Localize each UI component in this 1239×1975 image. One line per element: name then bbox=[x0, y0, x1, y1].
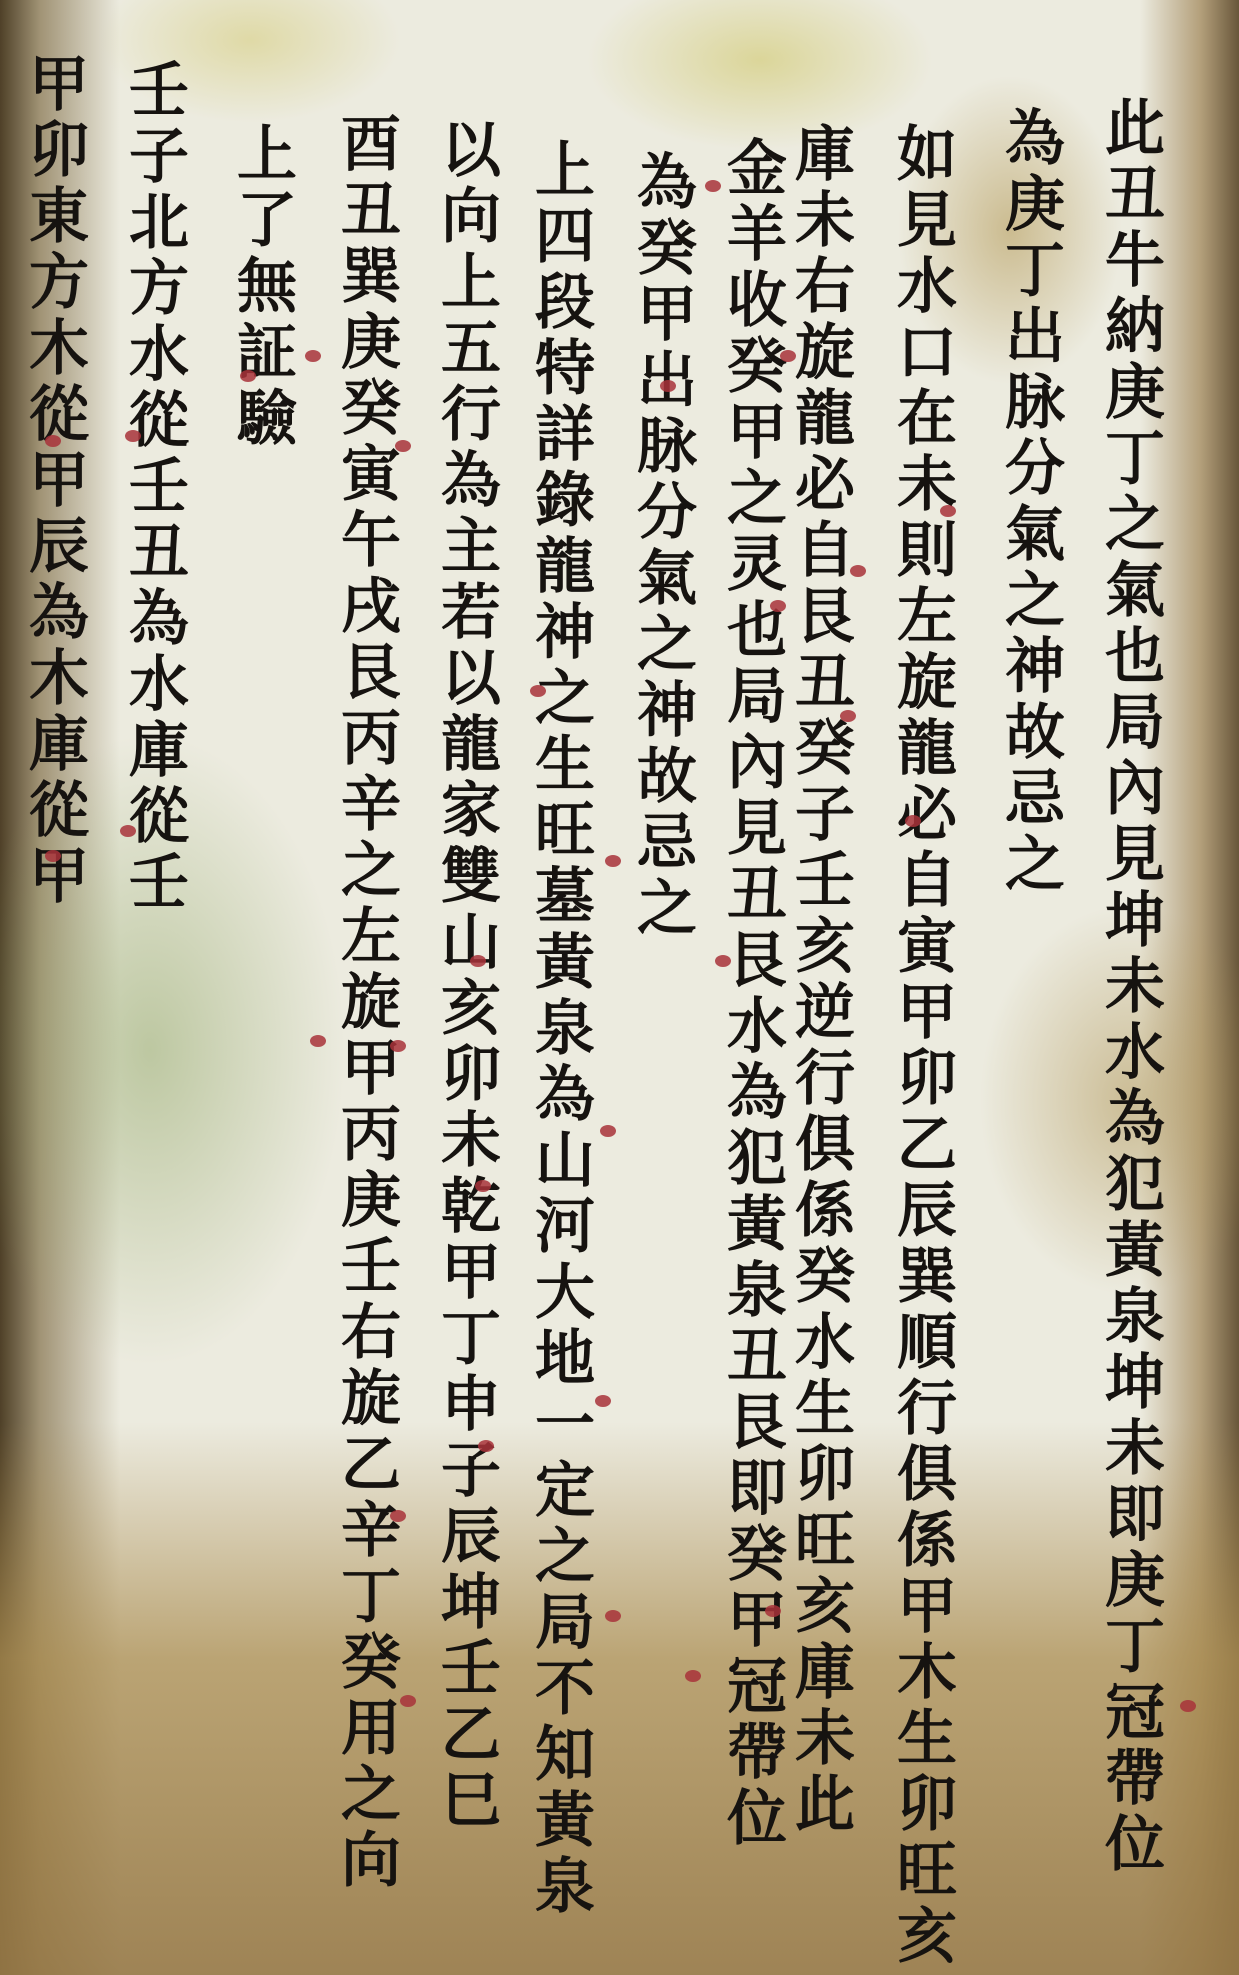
punctuation-dot bbox=[125, 430, 141, 442]
punctuation-dot bbox=[240, 370, 256, 382]
punctuation-dot bbox=[595, 1395, 611, 1407]
punctuation-dot bbox=[770, 600, 786, 612]
punctuation-dot bbox=[605, 855, 621, 867]
punctuation-dot bbox=[905, 815, 921, 827]
text-column-3: 如見水口在未則左旋龍必自寅甲卯乙辰巽順行俱係甲木生卯旺亥 bbox=[892, 122, 952, 1970]
punctuation-dot bbox=[478, 1440, 494, 1452]
text-column-1: 此丑牛納庚丁之氣也局內見坤未水為犯黃泉坤未即庚丁冠帶位 bbox=[1100, 96, 1160, 1878]
punctuation-dot bbox=[400, 1695, 416, 1707]
punctuation-dot bbox=[305, 350, 321, 362]
text-column-11: 壬子北方水從壬丑為水庫從壬 bbox=[124, 58, 184, 916]
punctuation-dot bbox=[310, 1035, 326, 1047]
punctuation-dot bbox=[1180, 1700, 1196, 1712]
punctuation-dot bbox=[475, 1180, 491, 1192]
text-column-8: 以向上五行為主若以龍家雙山亥卯未乾甲丁申子辰坤壬乙巳 bbox=[436, 118, 496, 1834]
punctuation-dot bbox=[605, 1610, 621, 1622]
punctuation-dot bbox=[395, 440, 411, 452]
punctuation-dot bbox=[390, 1040, 406, 1052]
punctuation-dot bbox=[470, 955, 486, 967]
punctuation-dot bbox=[45, 850, 61, 862]
punctuation-dot bbox=[45, 435, 61, 447]
text-column-7: 上四段特詳錄龍神之生旺墓黃泉為山河大地一定之局不知黃泉 bbox=[530, 138, 590, 1920]
punctuation-dot bbox=[715, 955, 731, 967]
punctuation-dot bbox=[850, 565, 866, 577]
punctuation-dot bbox=[685, 1670, 701, 1682]
punctuation-dot bbox=[705, 180, 721, 192]
manuscript-page: 此丑牛納庚丁之氣也局內見坤未水為犯黃泉坤未即庚丁冠帶位 為庚丁出脉分氣之神故忌之… bbox=[0, 0, 1239, 1975]
text-column-10: 上了無証驗 bbox=[232, 122, 292, 452]
punctuation-dot bbox=[840, 710, 856, 722]
text-column-9: 酉丑巽庚癸寅午戌艮丙辛之左旋甲丙庚壬右旋乙辛丁癸用之向 bbox=[336, 112, 396, 1894]
punctuation-dot bbox=[780, 350, 796, 362]
text-column-2: 為庚丁出脉分氣之神故忌之 bbox=[1000, 106, 1060, 898]
text-column-5: 金羊收癸甲之灵也局內見丑艮水為犯黃泉丑艮即癸甲冠帶位 bbox=[722, 136, 782, 1852]
punctuation-dot bbox=[660, 380, 676, 392]
text-column-6: 為癸甲出脉分氣之神故忌之 bbox=[632, 150, 692, 942]
punctuation-dot bbox=[765, 1605, 781, 1617]
text-column-12: 甲卯東方木從甲辰為木庫從甲 bbox=[24, 52, 84, 910]
text-column-4: 庫未右旋龍必自艮丑癸子壬亥逆行俱係癸水生卯旺亥庫未此 bbox=[790, 122, 850, 1838]
punctuation-dot bbox=[600, 1125, 616, 1137]
punctuation-dot bbox=[530, 685, 546, 697]
punctuation-dot bbox=[390, 1510, 406, 1522]
punctuation-dot bbox=[940, 505, 956, 517]
punctuation-dot bbox=[120, 825, 136, 837]
